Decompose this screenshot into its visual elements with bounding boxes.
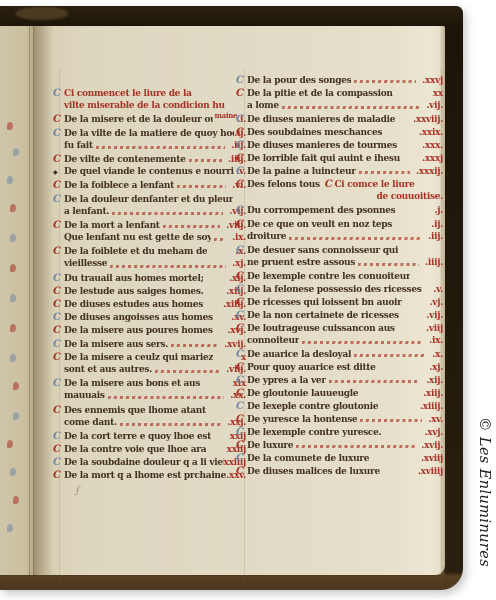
gutter-shadow [33,26,55,575]
toc-line-text: De la foiblete et du meham de [64,247,207,257]
toc-line: CDe la pour des songes.xxvj [247,75,443,88]
toc-line: CDe la contre voie que lhoe araxxiij [64,444,246,457]
paraph-mark-icon: C [325,179,333,190]
show-through-paraph-icon [10,294,16,302]
toc-line-text: Du corrompement des psonnes [247,206,395,216]
show-through-paraph-icon [13,496,19,504]
toc-line: CDe la mort a lenfant.viij. [64,220,246,233]
toc-line-text: De la cort terre e quoy lhoe est [64,432,211,442]
toc-line-text: De la mort q a lhome est prchaine [64,471,226,481]
paraph-mark-icon: C [236,453,247,464]
toc-line-text: Des ennemis que lhome atant [64,406,206,416]
paraph-mark-icon: C [53,405,64,416]
toc-line-text: De loutrageuse cuissancon aus [247,324,395,334]
line-filler [96,146,225,149]
toc-line: mauuais.xx. [64,391,246,404]
chapter-number: .v. [433,285,443,295]
paraph-mark-icon: C [236,349,247,360]
toc-line-text: De lorrible fait qui auint e ihesu [247,154,400,164]
toc-line: CDe diuses malices de luxure.xviiij [247,466,443,479]
paraph-mark-icon: C [53,378,64,389]
toc-line-text: Des soubdaines meschances [247,128,382,138]
chapter-number: xx [433,89,443,99]
line-filler [329,380,420,383]
binding-wear-patch [16,7,68,20]
paraph-mark-icon: C [53,180,64,191]
paraph-mark-icon: C [53,154,64,165]
chapter-number: .xij. [426,376,443,386]
toc-line-text: De lexemple contre yuresce. [247,428,381,438]
paraph-mark-icon: C [236,127,247,138]
toc-line: CDe la pitie et de la compassionxx [247,88,443,101]
toc-line: CDe la paine a luincteur.xxxij. [247,166,443,179]
paraph-mark-icon: C [53,128,64,139]
chapter-number: .vij. [426,311,443,321]
line-filler [302,341,423,344]
paraph-mark-icon: C [236,375,247,386]
toc-line: CDe auarice la desloyal.x. [247,349,443,362]
show-through-paraph-icon [10,324,16,332]
paraph-mark-icon: C [53,444,64,455]
paraph-mark-icon: C [53,457,64,468]
line-filler [163,225,221,228]
toc-line: CDe diuses manieres de maladie.xxviij. [247,114,443,127]
toc-line: Que lenfant nu est gette de soy.ix. [64,233,246,246]
toc-line: CCi conmencet le liure de la [64,88,246,101]
toc-line: CDe la soubdaine douleur q a li vietxxii… [64,457,246,470]
show-through-paraph-icon [10,468,16,476]
chapter-number: .ij. [431,220,443,230]
toc-line-text: De luxure [247,441,293,451]
toc-line-text: De yuresce la hontense [247,415,357,425]
paraph-mark-icon: C [53,194,64,205]
toc-line-text: ne pruent estre assous [247,258,355,268]
paraph-mark-icon: C [236,466,247,477]
line-filler [289,237,422,240]
paraph-mark-icon: C [236,140,247,151]
toc-line-text: De ce que on veult en noz teps [247,220,392,230]
paraph-mark-icon: C [236,323,247,334]
toc-line: CDe ricesses qui loissent bn auoir.vj. [247,297,443,310]
show-through-paraph-icon [7,440,13,448]
chapter-number: .xj. [232,259,246,269]
paraph-mark-icon: C [53,114,64,125]
chapter-number: .xv. [428,415,443,425]
line-filler [354,354,426,357]
chapter-number: .viij [426,324,443,334]
manuscript-page: CCi conmencet le liure de lavilte misera… [0,26,445,575]
paraph-mark-icon: C [236,401,247,412]
toc-line-text: De la contre voie que lhoe ara [64,445,206,455]
toc-line: CDe la misere aus bons et ausxix [64,378,246,391]
toc-line-text: De la misere aus sers. [64,340,168,350]
toc-line: CPour quoy auarice est ditte.xj. [247,362,443,375]
toc-line: CDe diuses manieres de tourmes.xxx. [247,140,443,153]
toc-line: ◆De quel viande le contenus e nourri.v. [64,167,246,180]
toc-column-left: CCi conmencet le liure de lavilte misera… [64,88,246,484]
show-through-paraph-icon [10,234,16,242]
toc-line: CDe la foiblete et du meham de.x. [64,246,246,259]
interlinear-addition: maine [215,111,238,120]
toc-line-text: De vilte de contenemente [64,155,186,165]
toc-line: sont et aus autres..viij. [64,365,246,378]
page-stack-edge [29,26,30,575]
show-through-paraph-icon [7,176,13,184]
line-filler [110,265,226,268]
toc-line-text: De auarice la desloyal [247,350,351,360]
toc-line: de couuoitise. [247,192,443,205]
toc-line-text: De la non certainete de ricesses [247,311,399,321]
paraph-mark-icon: C [236,245,247,256]
toc-line-text: De desuer sans connoisseur qui [247,246,398,256]
paraph-mark-icon: C [236,88,247,99]
toc-line-text: droiture [247,232,286,242]
toc-line: CDe gloutonie lauueugle.xiij. [247,388,443,401]
toc-line: CDe yuresce la hontense.xv. [247,414,443,427]
toc-line-text: De ypres a la ver [247,376,326,386]
toc-line-text: De la pitie et de la compassion [247,89,393,99]
toc-line-text: De lestude aus saiges homes. [64,287,203,297]
paraph-mark-icon: C [236,75,247,86]
toc-line-text: a lenfant. [64,207,109,217]
line-filler [358,263,419,266]
toc-line-text: come dant. [64,418,117,428]
chapter-number: .xvj. [424,428,443,438]
toc-line: CDe loutrageuse cuissancon aus.viij [247,323,443,336]
toc-line-text: Du trauail aus homes mortel; [64,274,204,284]
toc-line-text: sont et aus autres. [64,365,152,375]
paraph-mark-icon: C [236,271,247,282]
toc-line: CDe lexemple contre les conuoiteur [247,271,443,284]
line-filler [360,419,422,422]
toc-line: a lome.vij. [247,101,443,114]
toc-line: CDe la misere aus sers..xvij. [64,339,246,352]
paraph-mark-icon: C [236,362,247,373]
chapter-number: .xxxij. [416,167,443,177]
toc-line-text: De la mort a lenfant [64,221,160,231]
paraph-mark-icon: C [53,286,64,297]
toc-line: CDe la felonese possessio des ricesses.v… [247,284,443,297]
toc-line: CDu trauail aus homes mortel;.xij. [64,273,246,286]
paraph-mark-icon: C [236,440,247,451]
paraph-mark-icon: C [53,352,64,363]
show-through-paraph-icon [13,382,19,390]
chapter-number: .xviiij [418,467,443,477]
toc-line-text: De diuses malices de luxure [247,467,380,477]
toc-line: CDu corrompement des psonnes.j. [247,205,443,218]
toc-line-text: De ricesses qui loissent bn auoir [247,298,402,308]
chapter-number: .xj. [429,363,443,373]
show-through-paraph-icon [10,354,16,362]
toc-line: CDe vilte de contenemente.iiij. [64,154,246,167]
toc-line-text: De diuses manieres de tourmes [247,141,397,151]
toc-line-text: De la misere aus poures homes [64,326,213,336]
paraph-mark-icon: C [53,220,64,231]
paraph-mark-icon: C [53,470,64,481]
toc-line: CDe ce que on veult en noz teps.ij. [247,219,443,232]
paraph-mark-icon: C [236,166,247,177]
toc-line: CDe la foiblece a lenfant.vi. [64,180,246,193]
toc-line: CDe la misere et de la douleur ou lhoe e… [64,114,246,127]
line-filler [296,445,415,448]
toc-line-text: De diuses manieres de maladie [247,115,395,125]
toc-line-text: Des felons tous [247,180,320,190]
toc-line: fu fait.iij. [64,141,246,154]
toc-line-text: De la foiblece a lenfant [64,181,174,191]
toc-line: CDe lorrible fait qui auint e ihesu.xxxj [247,153,443,166]
toc-line-text: connoiteur [247,336,299,346]
paraph-mark-icon: C [236,219,247,230]
toc-line-text: vieillesse [64,259,107,269]
toc-line-text: Ci conmencet le liure de la [64,89,192,99]
paraph-mark-icon: C [53,339,64,350]
toc-line: CDe diuses estudes aus homes.xiiij. [64,299,246,312]
toc-line-text: De la vilte de la matiere de quoy hoe [64,129,234,139]
chapter-number: .xxix. [419,128,443,138]
toc-line-text: De la paine a luincteur [247,167,356,177]
line-filler [177,185,226,188]
paraph-mark-icon: C [236,179,247,190]
line-filler [359,171,410,174]
paraph-mark-icon: C [53,246,64,257]
chapter-number: .xxviij. [413,115,443,125]
paraph-mark-icon: C [236,297,247,308]
toc-line: CDe lexeple contre gloutonie.xiiij. [247,401,443,414]
line-filler [112,212,223,215]
paraph-mark-icon: C [53,88,64,99]
chapter-number: .vj. [429,298,443,308]
show-through-paraph-icon [10,264,16,272]
paraph-mark-icon: C [236,114,247,125]
chapter-number: .ix. [429,336,443,346]
toc-line: CDe ypres a la ver.xij. [247,375,443,388]
toc-line-text: de couuoitise. [377,192,443,202]
line-filler [354,80,416,83]
toc-line: vieillesse.xj. [64,259,246,272]
paraph-mark-icon: C [53,299,64,310]
show-through-paraph-icon [7,524,13,532]
paraph-mark-icon: C [53,273,64,284]
toc-line: CDes soubdaines meschances.xxix. [247,127,443,140]
toc-line: CDe desuer sans connoisseur qui [247,245,443,258]
chapter-number: .xvij. [421,441,443,451]
paraph-mark-icon: C [236,414,247,425]
toc-line-text: De lexeple contre gloutonie [247,402,378,412]
toc-line-text: De la douleur denfanter et du pleur [64,195,233,205]
line-filler [120,423,221,426]
toc-line-text: De la pour des songes [247,76,351,86]
toc-line-text: De diuses angoisses aus homes [64,313,213,323]
toc-line-text: Que lenfant nu est gette de soy [64,233,211,243]
line-filler [189,159,222,162]
toc-line: come dant..xxj. [64,418,246,431]
toc-line-text: De gloutonie lauueugle [247,389,358,399]
paraph-mark-icon: C [53,312,64,323]
paraph-mark-icon: C [53,325,64,336]
toc-line-text: a lome [247,101,279,111]
line-filler [214,238,226,241]
toc-line-text: mauuais [64,391,105,401]
toc-line: droiture.iij. [247,232,443,245]
toc-line: CDe la cort terre e quoy lhoe estxxij [64,431,246,444]
toc-line: CDe la vilte de la matiere de quoy hoe.i… [64,128,246,141]
show-through-paraph-icon [7,122,13,130]
paraph-mark-icon: C [236,284,247,295]
toc-line-text: De la misere aus bons et aus [64,379,200,389]
paraph-mark-icon: C [236,205,247,216]
toc-line-text: De la misere et de la douleur ou lhoe e [64,115,213,125]
photo-credit: © Les Enluminures [476,417,492,567]
toc-line: CDe la comunete de luxure.xviij [247,453,443,466]
paraph-mark-icon: C [236,427,247,438]
pen-trial-mark: ʄ [76,486,79,496]
line-filler [282,106,420,109]
chapter-number: .iij. [428,232,443,242]
paraph-mark-icon: C [236,388,247,399]
paraph-mark-icon: ◆ [53,169,64,176]
show-through-paraph-icon [13,148,19,156]
toc-line: CDe diuses angoisses aus homes.xv. [64,312,246,325]
toc-line-text: De la misere a ceulz qui mariez [64,353,213,363]
toc-line-text: De quel viande le contenus e nourri [64,167,234,177]
toc-line-text: vilte miserable de la condicion hu [64,101,225,111]
chapter-number: .xiij. [423,389,443,399]
toc-line: CDes felons tousCCi comce le liure [247,179,443,192]
toc-line: CDe la mort q a lhome est prchaine.xxv. [64,470,246,483]
toc-line-text: De lexemple contre les conuoiteur [247,272,410,282]
toc-line: CDes ennemis que lhome atant [64,405,246,418]
chapter-number: .iiij. [425,258,443,268]
chapter-number: .xxx. [422,141,443,151]
toc-line-text: De la felonese possessio des ricesses [247,285,422,295]
toc-line-text: De la comunete de luxure [247,454,369,464]
show-through-paraph-icon [10,204,16,212]
toc-line: CDe luxure.xvij. [247,440,443,453]
toc-line: CDe la douleur denfanter et du pleur [64,194,246,207]
toc-line-text: Pour quoy auarice est ditte [247,363,376,373]
chapter-number: .xxvj [422,76,443,86]
book-binding: CCi conmencet le liure de lavilte misera… [0,6,463,590]
chapter-number: .xviij [421,454,443,464]
chapter-number: .vij. [426,101,443,111]
chapter-number: .xxxj [422,154,443,164]
line-filler [171,344,218,347]
toc-line-text: De la soubdaine douleur q a li viet [64,458,224,468]
paraph-mark-icon: C [236,310,247,321]
toc-line: connoiteur.ix. [247,336,443,349]
toc-line-text: fu fait [64,141,93,151]
chapter-number: .ix. [232,233,246,243]
toc-line: CDe la misere a ceulz qui mariezx [64,352,246,365]
line-filler [108,396,225,399]
toc-line: CDe lestude aus saiges homes..xiij. [64,286,246,299]
toc-line: a lenfant..vij. [64,207,246,220]
toc-line-text: De diuses estudes aus homes [64,300,203,310]
line-filler [155,370,220,373]
chapter-number: .x. [432,350,443,360]
toc-column-right: CDe la pour des songes.xxvjCDe la pitie … [247,75,443,479]
chapter-number: .xiiij. [420,402,443,412]
toc-line: CDe la misere aus poures homes.xvj. [64,325,246,338]
paraph-mark-icon: C [53,431,64,442]
toc-line: ne pruent estre assous.iiij. [247,258,443,271]
show-through-paraph-icon [13,412,19,420]
toc-line: CDe la non certainete de ricesses.vij. [247,310,443,323]
rubric-text: Ci comce le liure [334,180,414,190]
chapter-number: .j. [434,206,443,216]
paraph-mark-icon: C [236,153,247,164]
toc-line: CDe lexemple contre yuresce..xvj. [247,427,443,440]
